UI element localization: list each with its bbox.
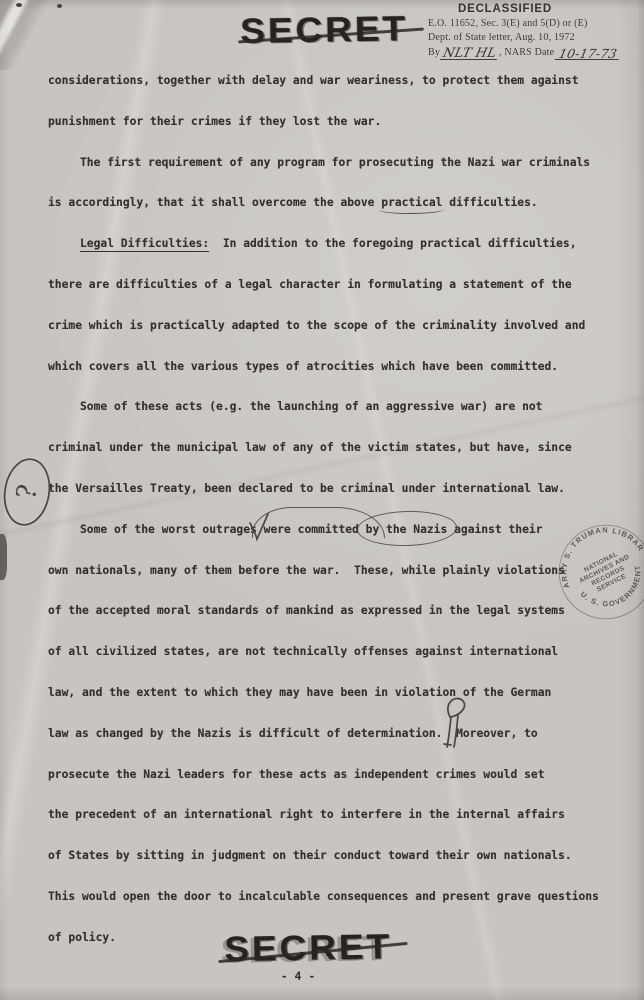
paper-speck (57, 4, 62, 8)
page-number: - 4 - (258, 969, 338, 983)
body-line: is accordingly, that it shall overcome t… (48, 196, 628, 237)
body-line: there are difficulties of a legal charac… (48, 278, 628, 319)
body-line-text: is accordingly, that it shall overcome t… (48, 196, 381, 209)
eo-citation: E.O. 11652, Sec. 3(E) and 5(D) or (E) (428, 17, 642, 32)
paper-speck (16, 3, 22, 7)
body-line: This would open the door to incalculable… (48, 890, 628, 931)
body-line: Some of these acts (e.g. the launching o… (48, 400, 628, 441)
paper-crease (0, 0, 200, 70)
pencil-arc-circled-phrase: were committed (264, 523, 359, 537)
body-line: prosecute the Nazi leaders for these act… (48, 768, 628, 809)
body-line: of States by sitting in judgment on thei… (48, 849, 628, 890)
by-label: By (428, 46, 440, 61)
body-line-text: Some of the worst outrages (80, 523, 264, 536)
section-heading: Legal Difficulties: (80, 237, 209, 252)
document-body: considerations, together with delay and … (48, 74, 628, 972)
body-line: The first requirement of any program for… (48, 156, 628, 197)
pencil-oval-circled-phrase: by the Nazis (366, 523, 448, 537)
body-line-text: difficulties. (442, 196, 537, 209)
body-line-text: In addition to the foregoing practical d… (209, 237, 576, 250)
body-line: punishment for their crimes if they lost… (48, 115, 628, 156)
body-line-text: against their (447, 523, 542, 536)
body-line: of all civilized states, are not technic… (48, 645, 628, 686)
body-line: of the accepted moral standards of manki… (48, 604, 628, 645)
hand-underlined-word: practical (381, 196, 442, 210)
nars-date-handwritten: 10-17-73 (555, 48, 621, 60)
declassification-stamp: DECLASSIFIED E.O. 11652, Sec. 3(E) and 5… (428, 2, 642, 60)
body-line: which covers all the various types of at… (48, 360, 628, 401)
body-line: considerations, together with delay and … (48, 74, 628, 115)
edge-smudge (0, 534, 7, 580)
body-line: own nationals, many of them before the w… (48, 564, 628, 605)
body-line: Legal Difficulties: In addition to the f… (48, 237, 628, 278)
body-line: law as changed by the Nazis is difficult… (48, 727, 628, 768)
body-line: crime which is practically adapted to th… (48, 319, 628, 360)
nars-date-label: , NARS Date (499, 46, 554, 61)
question-mark: ? (11, 482, 44, 503)
body-line: law, and the extent to which they may ha… (48, 686, 628, 727)
scanned-document-page: SECRET DECLASSIFIED E.O. 11652, Sec. 3(E… (0, 0, 644, 1000)
declassified-title: DECLASSIFIED (458, 2, 642, 17)
authority-line: Dept. of State letter, Aug. 10, 1972 (428, 31, 642, 46)
signature-handwritten: NLT HL (440, 48, 499, 60)
checkmark-annotation (246, 510, 276, 546)
paragraph-mark-annotation (436, 694, 474, 752)
byline: ByNLT HL, NARS Date10-17-73 (428, 46, 642, 61)
body-line: criminal under the municipal law of any … (48, 441, 628, 482)
body-line: the precedent of an international right … (48, 808, 628, 849)
